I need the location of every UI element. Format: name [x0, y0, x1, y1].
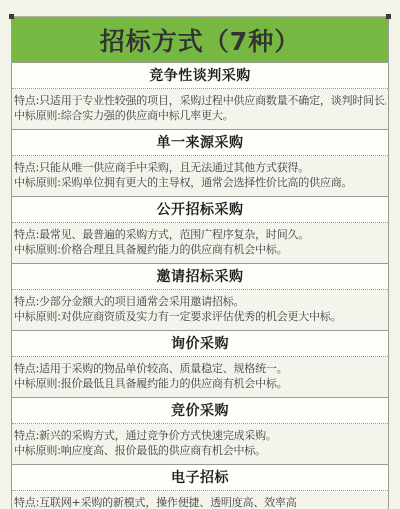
banner: 招标方式（7种） — [12, 17, 388, 62]
section-body: 特点:少部分金额大的项目通常会采用邀请招标。中标原则:对供应商资质及实力有一定要… — [12, 290, 388, 330]
section-detail-line: 特点:只能从唯一供应商手中采购，且无法通过其他方式获得。 — [14, 160, 386, 175]
section-detail-line: 中标原则:响应度高、报价最低的供应商有机会中标。 — [14, 443, 386, 458]
section-body: 特点:只能从唯一供应商手中采购，且无法通过其他方式获得。中标原则:采购单位拥有更… — [12, 156, 388, 196]
method-section: 单一来源采购 特点:只能从唯一供应商手中采购，且无法通过其他方式获得。中标原则:… — [12, 129, 388, 196]
section-detail-line: 中标原则:价格合理且具备履约能力的供应商有机会中标。 — [14, 242, 386, 257]
section-title: 邀请招标采购 — [12, 263, 388, 290]
selection-handle-top-right-icon[interactable] — [386, 14, 391, 19]
method-section: 询价采购 特点:适用于采购的物品单价较高、质量稳定、规格统一。中标原则:报价最低… — [12, 330, 388, 397]
section-body: 特点:只适用于专业性较强的项目，采购过程中供应商数量不确定，谈判时间长。中标原则… — [12, 89, 388, 129]
section-title: 单一来源采购 — [12, 129, 388, 156]
section-detail-line: 特点:新兴的采购方式，通过竞争价方式快速完成采购。 — [14, 428, 386, 443]
section-title: 公开招标采购 — [12, 196, 388, 223]
section-body: 特点:适用于采购的物品单价较高、质量稳定、规格统一。中标原则:报价最低且具备履约… — [12, 357, 388, 397]
method-section: 公开招标采购 特点:最常见、最普遍的采购方式，范围广程序复杂，时间久。中标原则:… — [12, 196, 388, 263]
section-title: 询价采购 — [12, 330, 388, 357]
section-detail-line: 中标原则:采购单位拥有更大的主导权，通常会选择性价比高的供应商。 — [14, 175, 386, 190]
section-detail-line: 中标原则:报价最低且具备履约能力的供应商有机会中标。 — [14, 376, 386, 391]
method-section: 邀请招标采购 特点:少部分金额大的项目通常会采用邀请招标。中标原则:对供应商资质… — [12, 263, 388, 330]
section-detail-line: 特点:最常见、最普遍的采购方式，范围广程序复杂，时间久。 — [14, 227, 386, 242]
main-title: 招标方式（7种） — [100, 22, 300, 58]
section-detail-line: 特点:互联网+采购的新模式，操作便捷、透明度高、效率高 — [14, 495, 386, 509]
section-body: 特点:互联网+采购的新模式，操作便捷、透明度高、效率高 — [12, 491, 388, 509]
section-title: 电子招标 — [12, 464, 388, 491]
section-body: 特点:新兴的采购方式，通过竞争价方式快速完成采购。中标原则:响应度高、报价最低的… — [12, 424, 388, 464]
section-title: 竞争性谈判采购 — [12, 62, 388, 89]
section-title: 竞价采购 — [12, 397, 388, 424]
method-section: 竞价采购 特点:新兴的采购方式，通过竞争价方式快速完成采购。中标原则:响应度高、… — [12, 397, 388, 464]
section-body: 特点:最常见、最普遍的采购方式，范围广程序复杂，时间久。中标原则:价格合理且具备… — [12, 223, 388, 263]
document-canvas: { "header": { "title": "招标方式（7种）", "bann… — [0, 0, 400, 509]
method-section: 电子招标 特点:互联网+采购的新模式，操作便捷、透明度高、效率高 — [12, 464, 388, 509]
bidding-methods-infographic[interactable]: 招标方式（7种） 竞争性谈判采购 特点:只适用于专业性较强的项目，采购过程中供应… — [11, 16, 389, 509]
method-section: 竞争性谈判采购 特点:只适用于专业性较强的项目，采购过程中供应商数量不确定，谈判… — [12, 62, 388, 129]
section-detail-line: 特点:少部分金额大的项目通常会采用邀请招标。 — [14, 294, 386, 309]
section-detail-line: 中标原则:综合实力强的供应商中标几率更大。 — [14, 108, 386, 123]
selection-handle-top-left-icon[interactable] — [9, 14, 14, 19]
section-detail-line: 中标原则:对供应商资质及实力有一定要求评估优秀的机会更大中标。 — [14, 309, 386, 324]
methods-table: 竞争性谈判采购 特点:只适用于专业性较强的项目，采购过程中供应商数量不确定，谈判… — [12, 62, 388, 509]
section-detail-line: 特点:适用于采购的物品单价较高、质量稳定、规格统一。 — [14, 361, 386, 376]
section-detail-line: 特点:只适用于专业性较强的项目，采购过程中供应商数量不确定，谈判时间长。 — [14, 93, 386, 108]
